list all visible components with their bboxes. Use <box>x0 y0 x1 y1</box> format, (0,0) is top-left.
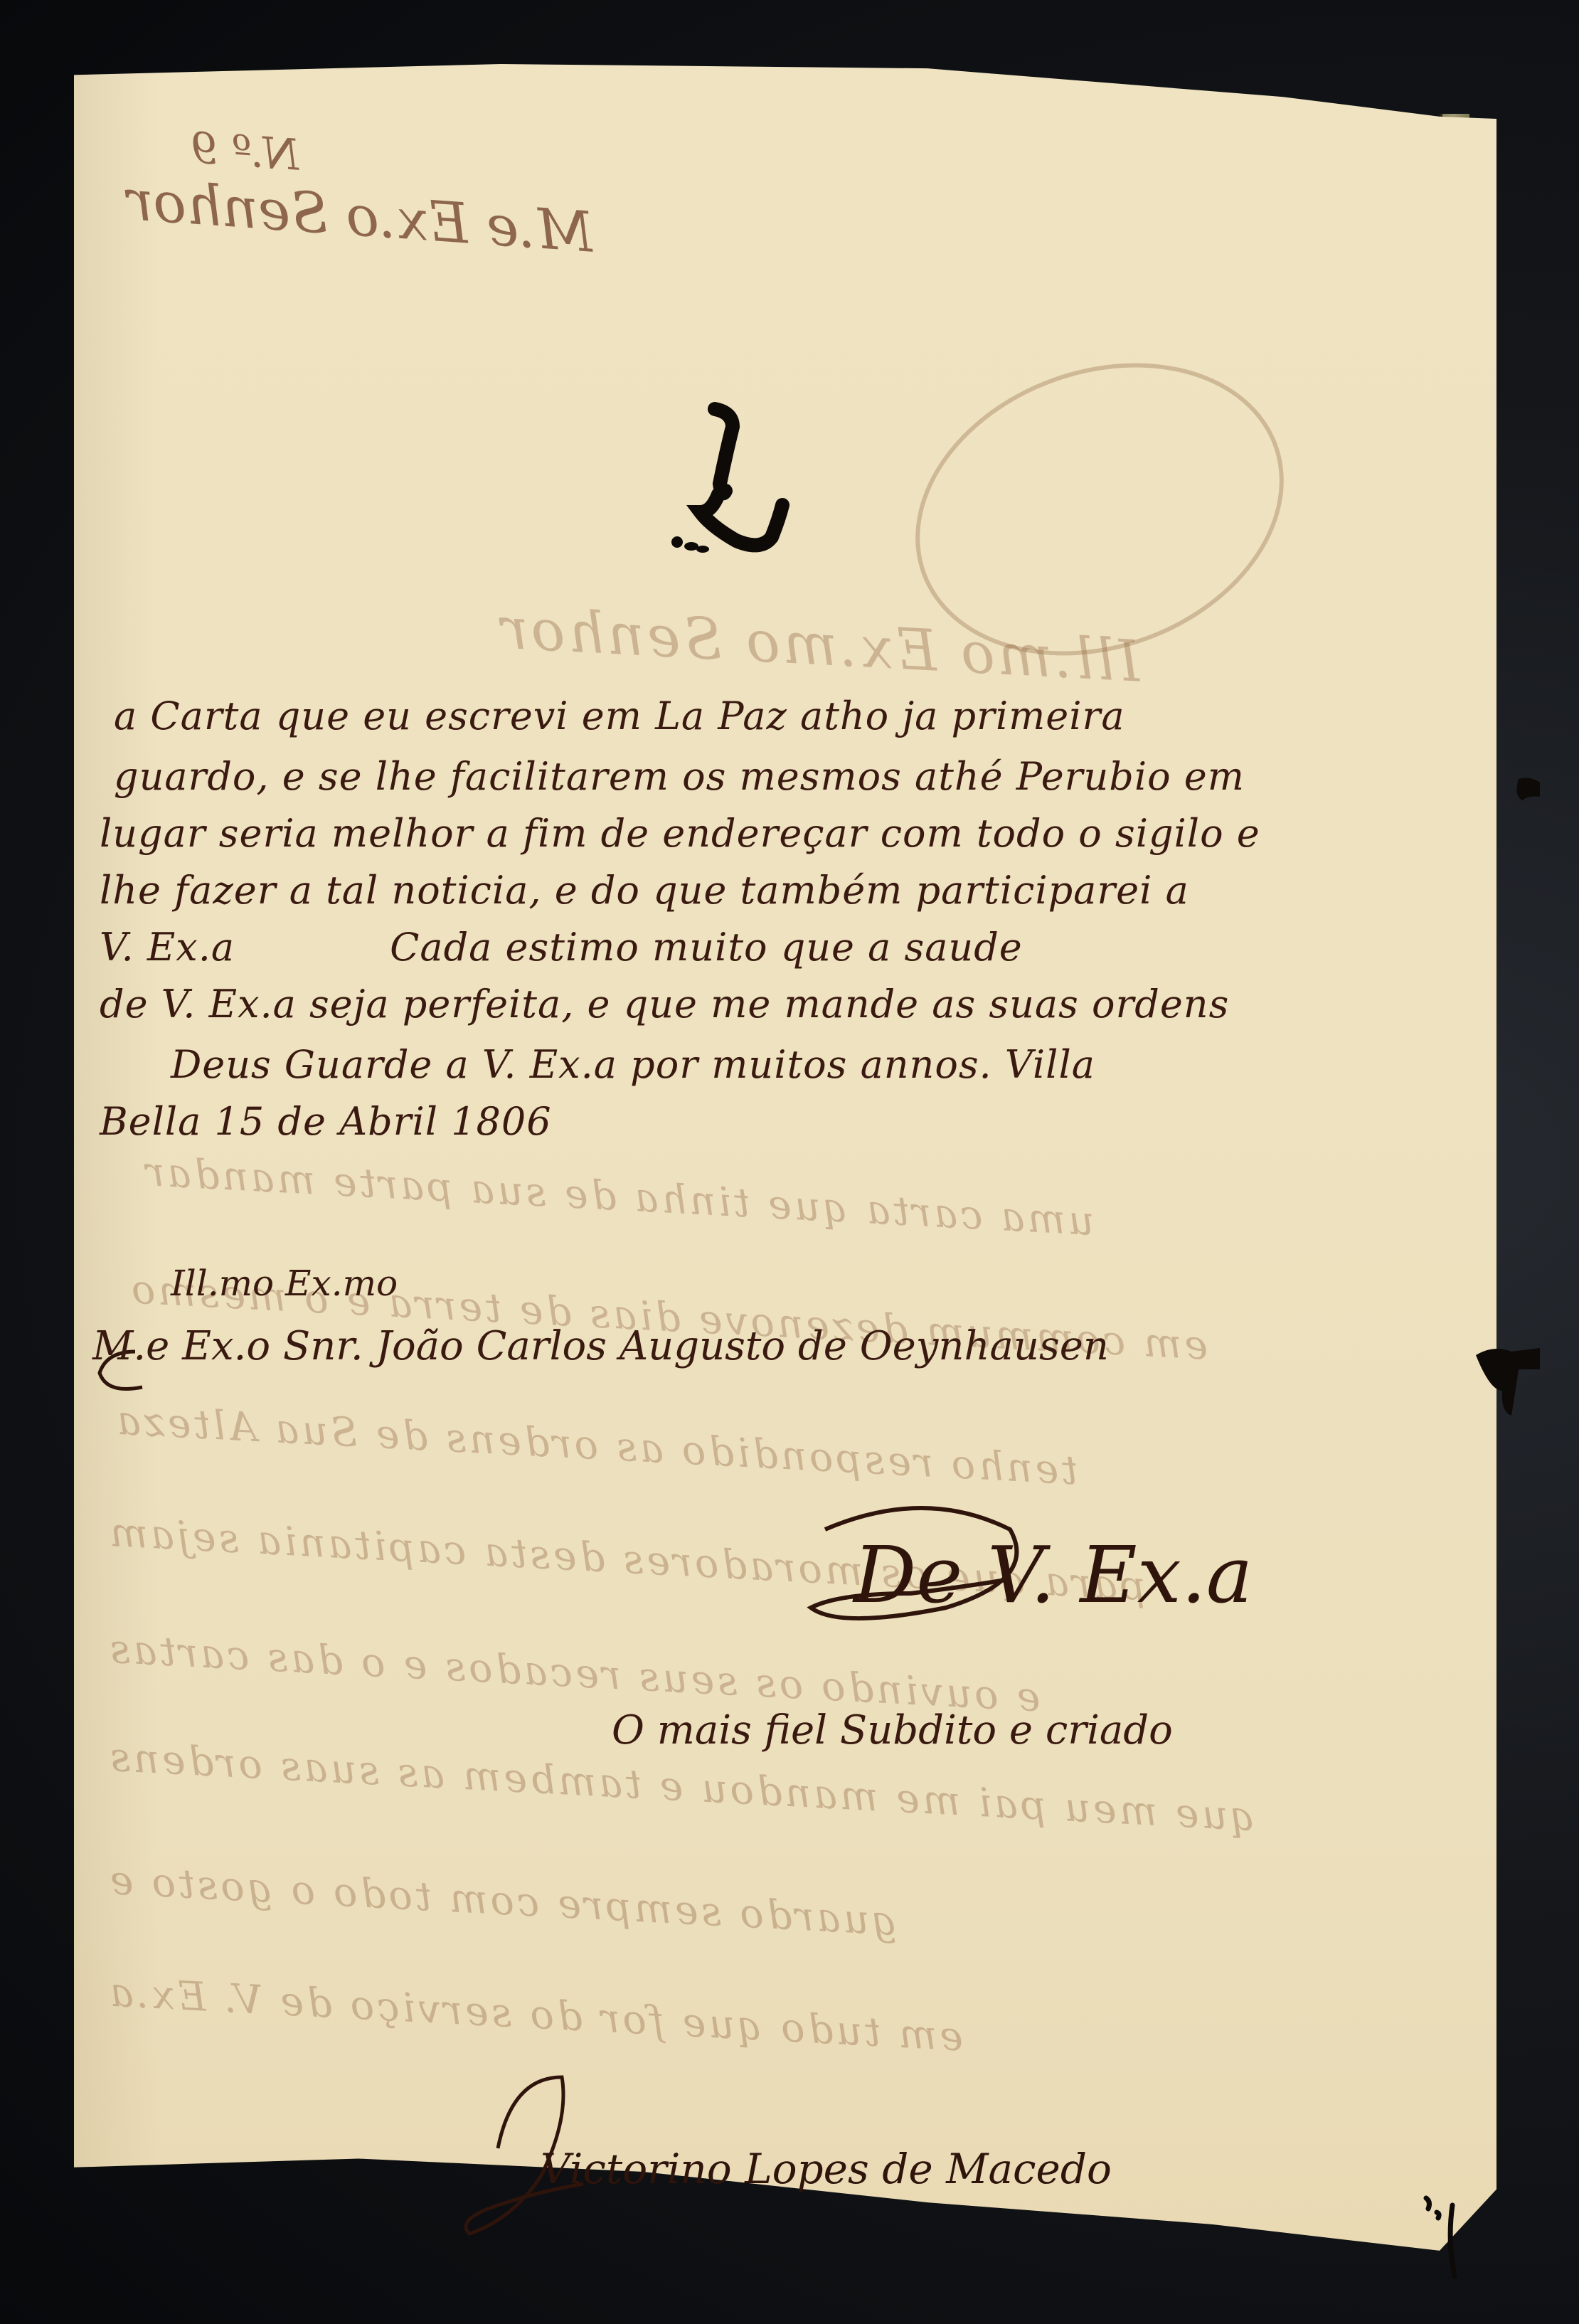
body-line: lugar seria melhor a fim de endereçar co… <box>100 811 1260 856</box>
body-line: lhe fazer a tal noticia, e do que também… <box>100 868 1189 913</box>
date-line: Bella 15 de Abril 1806 <box>100 1099 552 1144</box>
ink-mark-l-icon <box>0 0 1579 2324</box>
body-line: Deus Guarde a V. Ex.a por muitos annos. … <box>171 1042 1095 1087</box>
body-line: guardo, e se lhe facilitarem os mesmos a… <box>114 754 1245 799</box>
closing-salutation: De V. Ex.a <box>854 1529 1253 1620</box>
addressee-name: M.e Ex.o Snr. João Carlos Augusto de Oey… <box>92 1323 1109 1369</box>
body-line: V. Ex.a Cada estimo muito que a saude <box>100 925 1023 970</box>
addressee-title: Ill.mo Ex.mo <box>171 1263 398 1304</box>
body-line: de V. Ex.a seja perfeita, e que me mande… <box>100 982 1229 1026</box>
body-line: a Carta que eu escrevi em La Paz atho ja… <box>114 694 1125 738</box>
signature: Victorino Lopes de Macedo <box>541 2145 1112 2193</box>
closing-phrase: O mais fiel Subdito e criado <box>612 1707 1173 1753</box>
